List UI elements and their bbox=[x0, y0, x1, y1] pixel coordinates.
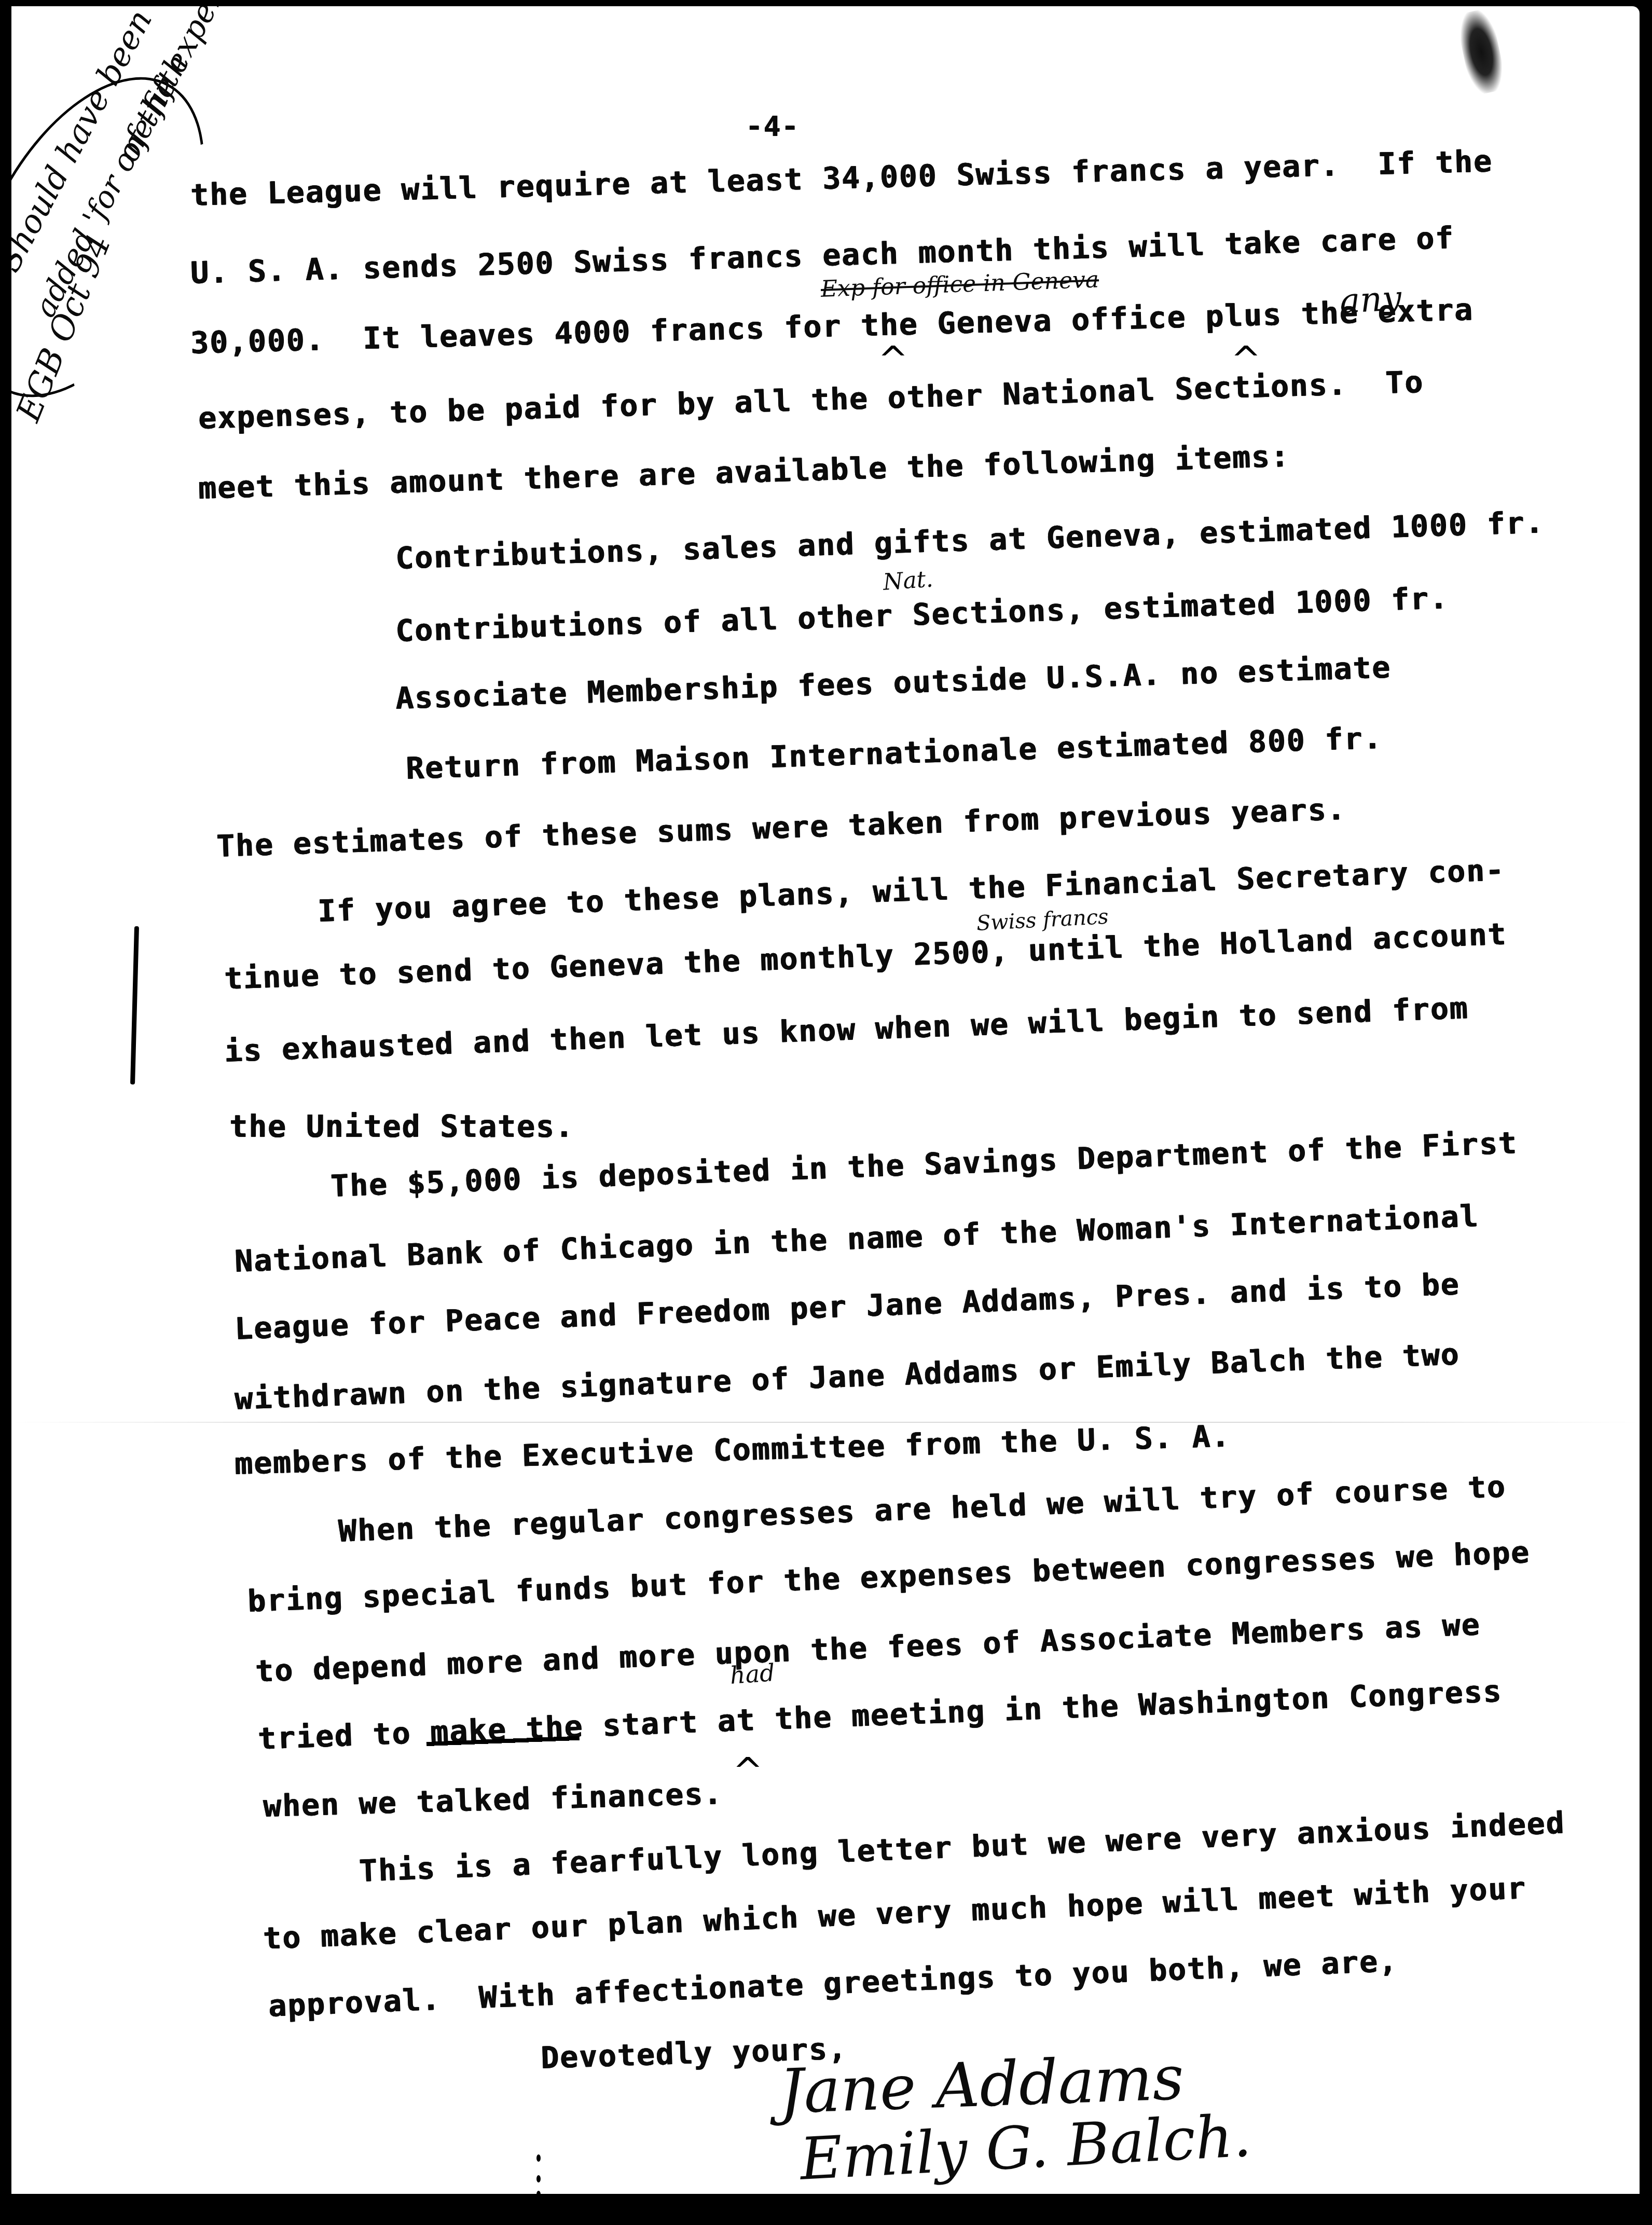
body-line: when we talked finances. bbox=[263, 1776, 723, 1824]
letter-page: Should have been added 'for one-fifth of… bbox=[11, 6, 1640, 2195]
body-line: expenses, to be paid for by all the othe… bbox=[198, 364, 1424, 436]
scan-speck bbox=[536, 2154, 541, 2162]
body-line: When the regular congresses are held we … bbox=[338, 1469, 1507, 1549]
handwritten-insert-had: had bbox=[729, 1658, 776, 1690]
insertion-caret: ^ bbox=[733, 1750, 763, 1792]
body-line: tinue to send to Geneva the monthly 2500… bbox=[224, 916, 1507, 996]
margin-vertical-mark bbox=[130, 926, 139, 1084]
body-line: bring special funds but for the expenses… bbox=[247, 1534, 1531, 1619]
page-number: -4- bbox=[746, 110, 800, 143]
income-item: Contributions, sales and gifts at Geneva… bbox=[395, 504, 1545, 576]
body-line: withdrawn on the signature of Jane Addam… bbox=[234, 1336, 1461, 1417]
scan-right-border bbox=[1642, 0, 1652, 2225]
handwritten-insert-nat: Nat. bbox=[882, 566, 934, 596]
income-item: Associate Membership fees outside U.S.A.… bbox=[395, 650, 1392, 716]
body-line: approval. With affectionate greetings to… bbox=[268, 1943, 1398, 2024]
income-item: Return from Maison Internationale estima… bbox=[405, 720, 1383, 786]
scan-bottom-border bbox=[0, 2194, 1652, 2225]
scan-fold-line bbox=[11, 1422, 1640, 1423]
body-line: the League will require at least 34,000 … bbox=[190, 143, 1493, 213]
body-line: The estimates of these sums were taken f… bbox=[216, 791, 1346, 864]
body-line: the United States. bbox=[229, 1109, 574, 1144]
body-line: League for Peace and Freedom per Jane Ad… bbox=[234, 1266, 1461, 1347]
body-line: to depend more and more upon the fees of… bbox=[255, 1606, 1481, 1689]
body-line: meet this amount there are available the… bbox=[198, 438, 1290, 506]
body-line: National Bank of Chicago in the name of … bbox=[234, 1198, 1480, 1279]
body-line: is exhausted and then let us know when w… bbox=[224, 990, 1469, 1069]
insertion-caret: ^ bbox=[878, 338, 908, 381]
body-line: members of the Executive Committee from … bbox=[234, 1418, 1231, 1481]
scan-speck bbox=[536, 2175, 541, 2182]
body-line: If you agree to these plans, will the Fi… bbox=[317, 852, 1505, 929]
struck-text: make the bbox=[426, 1721, 581, 1762]
